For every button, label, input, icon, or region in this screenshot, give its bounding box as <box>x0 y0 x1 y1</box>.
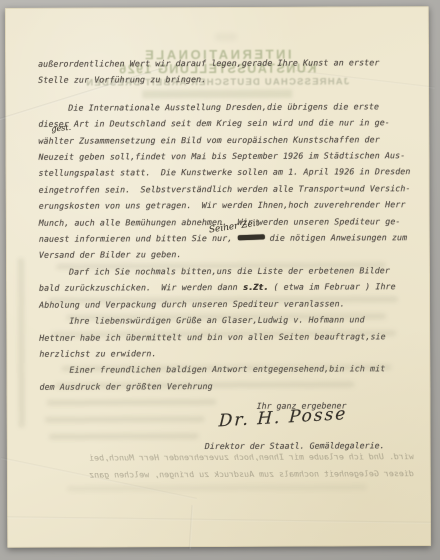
letter-line: stellungspalast statt. Die Kunstwerke so… <box>39 164 423 182</box>
letter-line: außerordentlichen Wert wir darauf legen,… <box>38 54 422 72</box>
redacted-word <box>237 234 264 240</box>
page-number-smudge <box>215 33 237 41</box>
letter-line: erungskosten von uns getragen. Wir werde… <box>39 196 423 214</box>
letter-line: wählter Zusammensetzung ein Bild vom eur… <box>38 131 422 149</box>
signature-posse: Dr. H. Posse <box>218 404 348 431</box>
photo-background: { "page": { "background_color": "#b2b0ab… <box>0 0 440 560</box>
letter-line: bald zurückzuschicken. Wir werden dann s… <box>39 278 423 296</box>
letter-line: Versand der Bilder zu geben. <box>39 246 423 264</box>
letter-line: dieser Art in Deutschland seit dem Krieg… <box>38 114 422 132</box>
bleedthrough-smudge <box>67 484 367 491</box>
handwritten-annotation: gest. <box>51 123 71 134</box>
letter-line: Neuzeit geben soll,findet von Mai bis Se… <box>38 147 422 165</box>
bleedthrough-text-line: wird. Und ich erlaube mir Ihnen,hoch zuv… <box>42 450 414 464</box>
letter-line-text: nauest informieren und bitten Sie nur, <box>39 233 238 244</box>
bleedthrough-smudge <box>47 399 217 406</box>
overstruck-text: s.Zt. <box>243 282 269 292</box>
letter-line-text: ( etwa im Februar ) Ihre <box>268 282 395 293</box>
bleedthrough-smudge <box>49 433 199 440</box>
crease-bottom-vertical <box>189 505 194 549</box>
letter-line: eingetroffen sein. Selbstverständlich we… <box>39 180 423 198</box>
letter-line: herzlichst zu erwidern. <box>39 344 423 362</box>
bleedthrough-text-line: dieser Gelegenheit nochmals zum Ausdruck… <box>42 467 414 481</box>
paper: INTERNATIONALE KUNSTAUSSTELLUNG 1926 JAH… <box>5 6 431 548</box>
letter-line-text: die nötigen Anweisungen zum <box>265 232 408 243</box>
bleedthrough-smudge-vertical <box>18 258 25 428</box>
crease-bottom-horizontal <box>7 516 431 524</box>
letter-line: Die Internationale Ausstellung Dresden,d… <box>38 98 422 116</box>
bleedthrough-smudge <box>45 416 205 423</box>
letter-line-text: bald zurückzuschicken. Wir werden dann <box>39 282 243 293</box>
